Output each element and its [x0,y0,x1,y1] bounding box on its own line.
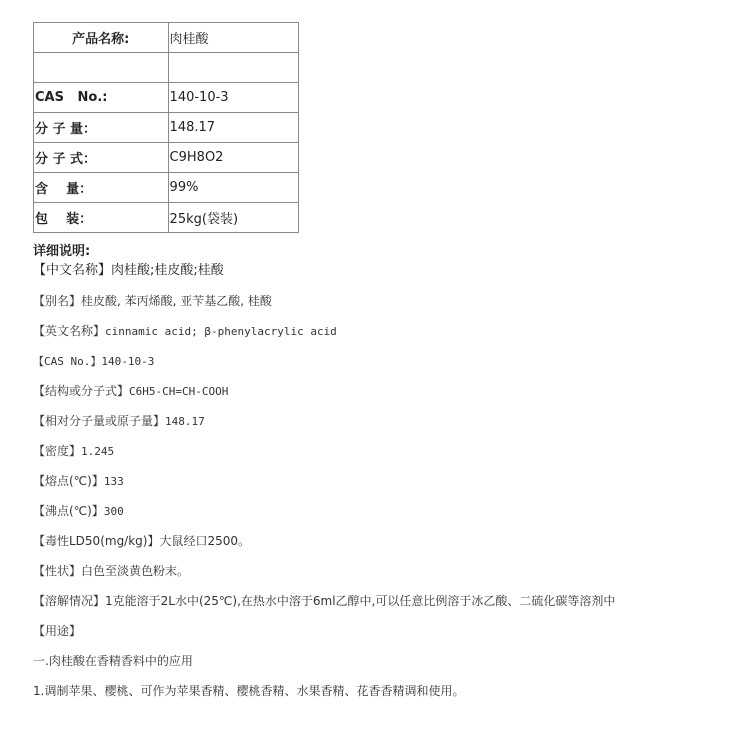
detail-key: 【密度】 [33,444,81,458]
detail-key: 【沸点(℃)】 [33,504,104,518]
label-molecular-weight: 分 子 量： [34,113,169,143]
detail-value: cinnamic acid; β-phenylacrylic acid [105,325,337,338]
detail-value: 133 [104,475,124,488]
label-formula: 分 子 式： [34,143,169,173]
detail-usage: 【用途】 [33,622,723,652]
detail-key: 【溶解情况】 [33,594,105,608]
usage-section-title: 一.肉桂酸在香精香料中的应用 [33,652,723,682]
detail-key: 【相对分子量或原子量】 [33,414,165,428]
label-content: 含 量： [34,173,169,203]
detail-solubility: 【溶解情况】1克能溶于2L水中(25℃),在热水中溶于6ml乙醇中,可以任意比例… [33,592,723,622]
detail-value: C6H5-CH=CH-COOH [129,385,228,398]
detail-value: 1.245 [81,445,114,458]
detail-value: 300 [104,505,124,518]
label-package: 包 装： [34,203,169,233]
detail-value: 白色至淡黄色粉末。 [81,564,189,578]
table-row-empty [34,53,299,83]
detail-key: 【性状】 [33,564,81,578]
value-cas: 140-10-3 [168,83,298,113]
value-molecular-weight: 148.17 [168,113,298,143]
detail-relative-mass: 【相对分子量或原子量】148.17 [33,412,723,442]
detail-key: 【熔点(℃)】 [33,474,104,488]
table-row-product-name: 产品名称: 肉桂酸 [34,23,299,53]
detail-key: 【毒性LD50(mg/kg)】 [33,534,159,548]
detail-alias: 【别名】桂皮酸, 苯丙烯酸, 亚苄基乙酸, 桂酸 [33,292,723,322]
label-product-name: 产品名称: [34,23,169,53]
value-package: 25kg(袋装) [168,203,298,233]
detail-cas: 【CAS No.】140-10-3 [33,352,723,382]
detail-key: 【用途】 [33,624,81,638]
value-product-name: 肉桂酸 [168,23,298,53]
table-row-package: 包 装： 25kg(袋装) [34,203,299,233]
table-row-formula: 分 子 式： C9H8O2 [34,143,299,173]
detail-value: 1克能溶于2L水中(25℃),在热水中溶于6ml乙醇中,可以任意比例溶于冰乙酸、… [105,594,615,608]
detail-value: 肉桂酸;桂皮酸;桂酸 [111,263,224,278]
detail-chinese-name: 【中文名称】肉桂酸;桂皮酸;桂酸 [33,262,723,292]
detail-value: 大鼠经口2500。 [159,534,250,548]
detail-structure: 【结构或分子式】C6H5-CH=CH-COOH [33,382,723,412]
details-heading: 详细说明: [33,240,723,262]
table-row-cas: CAS No.: 140-10-3 [34,83,299,113]
spec-table: 产品名称: 肉桂酸 CAS No.: 140-10-3 分 子 量： 148.1… [33,22,299,233]
detail-value: 140-10-3 [101,355,154,368]
value-formula: C9H8O2 [168,143,298,173]
value-empty [168,53,298,83]
usage-line: 1.调制苹果、樱桃、可作为苹果香精、樱桃香精、水果香精、花香香精调和使用。 [33,682,723,712]
detail-key: 【结构或分子式】 [33,384,129,398]
table-row-content: 含 量： 99% [34,173,299,203]
detail-english-name: 【英文名称】cinnamic acid; β-phenylacrylic aci… [33,322,723,352]
product-detail: 产品名称: 肉桂酸 CAS No.: 140-10-3 分 子 量： 148.1… [33,22,723,712]
detail-key: 【别名】 [33,294,81,308]
label-cas: CAS No.: [34,83,169,113]
detail-boiling-point: 【沸点(℃)】300 [33,502,723,532]
label-empty [34,53,169,83]
detail-value: 148.17 [165,415,205,428]
table-row-molecular-weight: 分 子 量： 148.17 [34,113,299,143]
detail-key: 【CAS No.】 [33,355,101,368]
detail-appearance: 【性状】白色至淡黄色粉末。 [33,562,723,592]
detail-key: 【中文名称】 [33,263,111,278]
detail-value: 桂皮酸, 苯丙烯酸, 亚苄基乙酸, 桂酸 [81,294,272,308]
detail-melting-point: 【熔点(℃)】133 [33,472,723,502]
detail-toxicity: 【毒性LD50(mg/kg)】大鼠经口2500。 [33,532,723,562]
detail-density: 【密度】1.245 [33,442,723,472]
value-content: 99% [168,173,298,203]
detail-key: 【英文名称】 [33,324,105,338]
